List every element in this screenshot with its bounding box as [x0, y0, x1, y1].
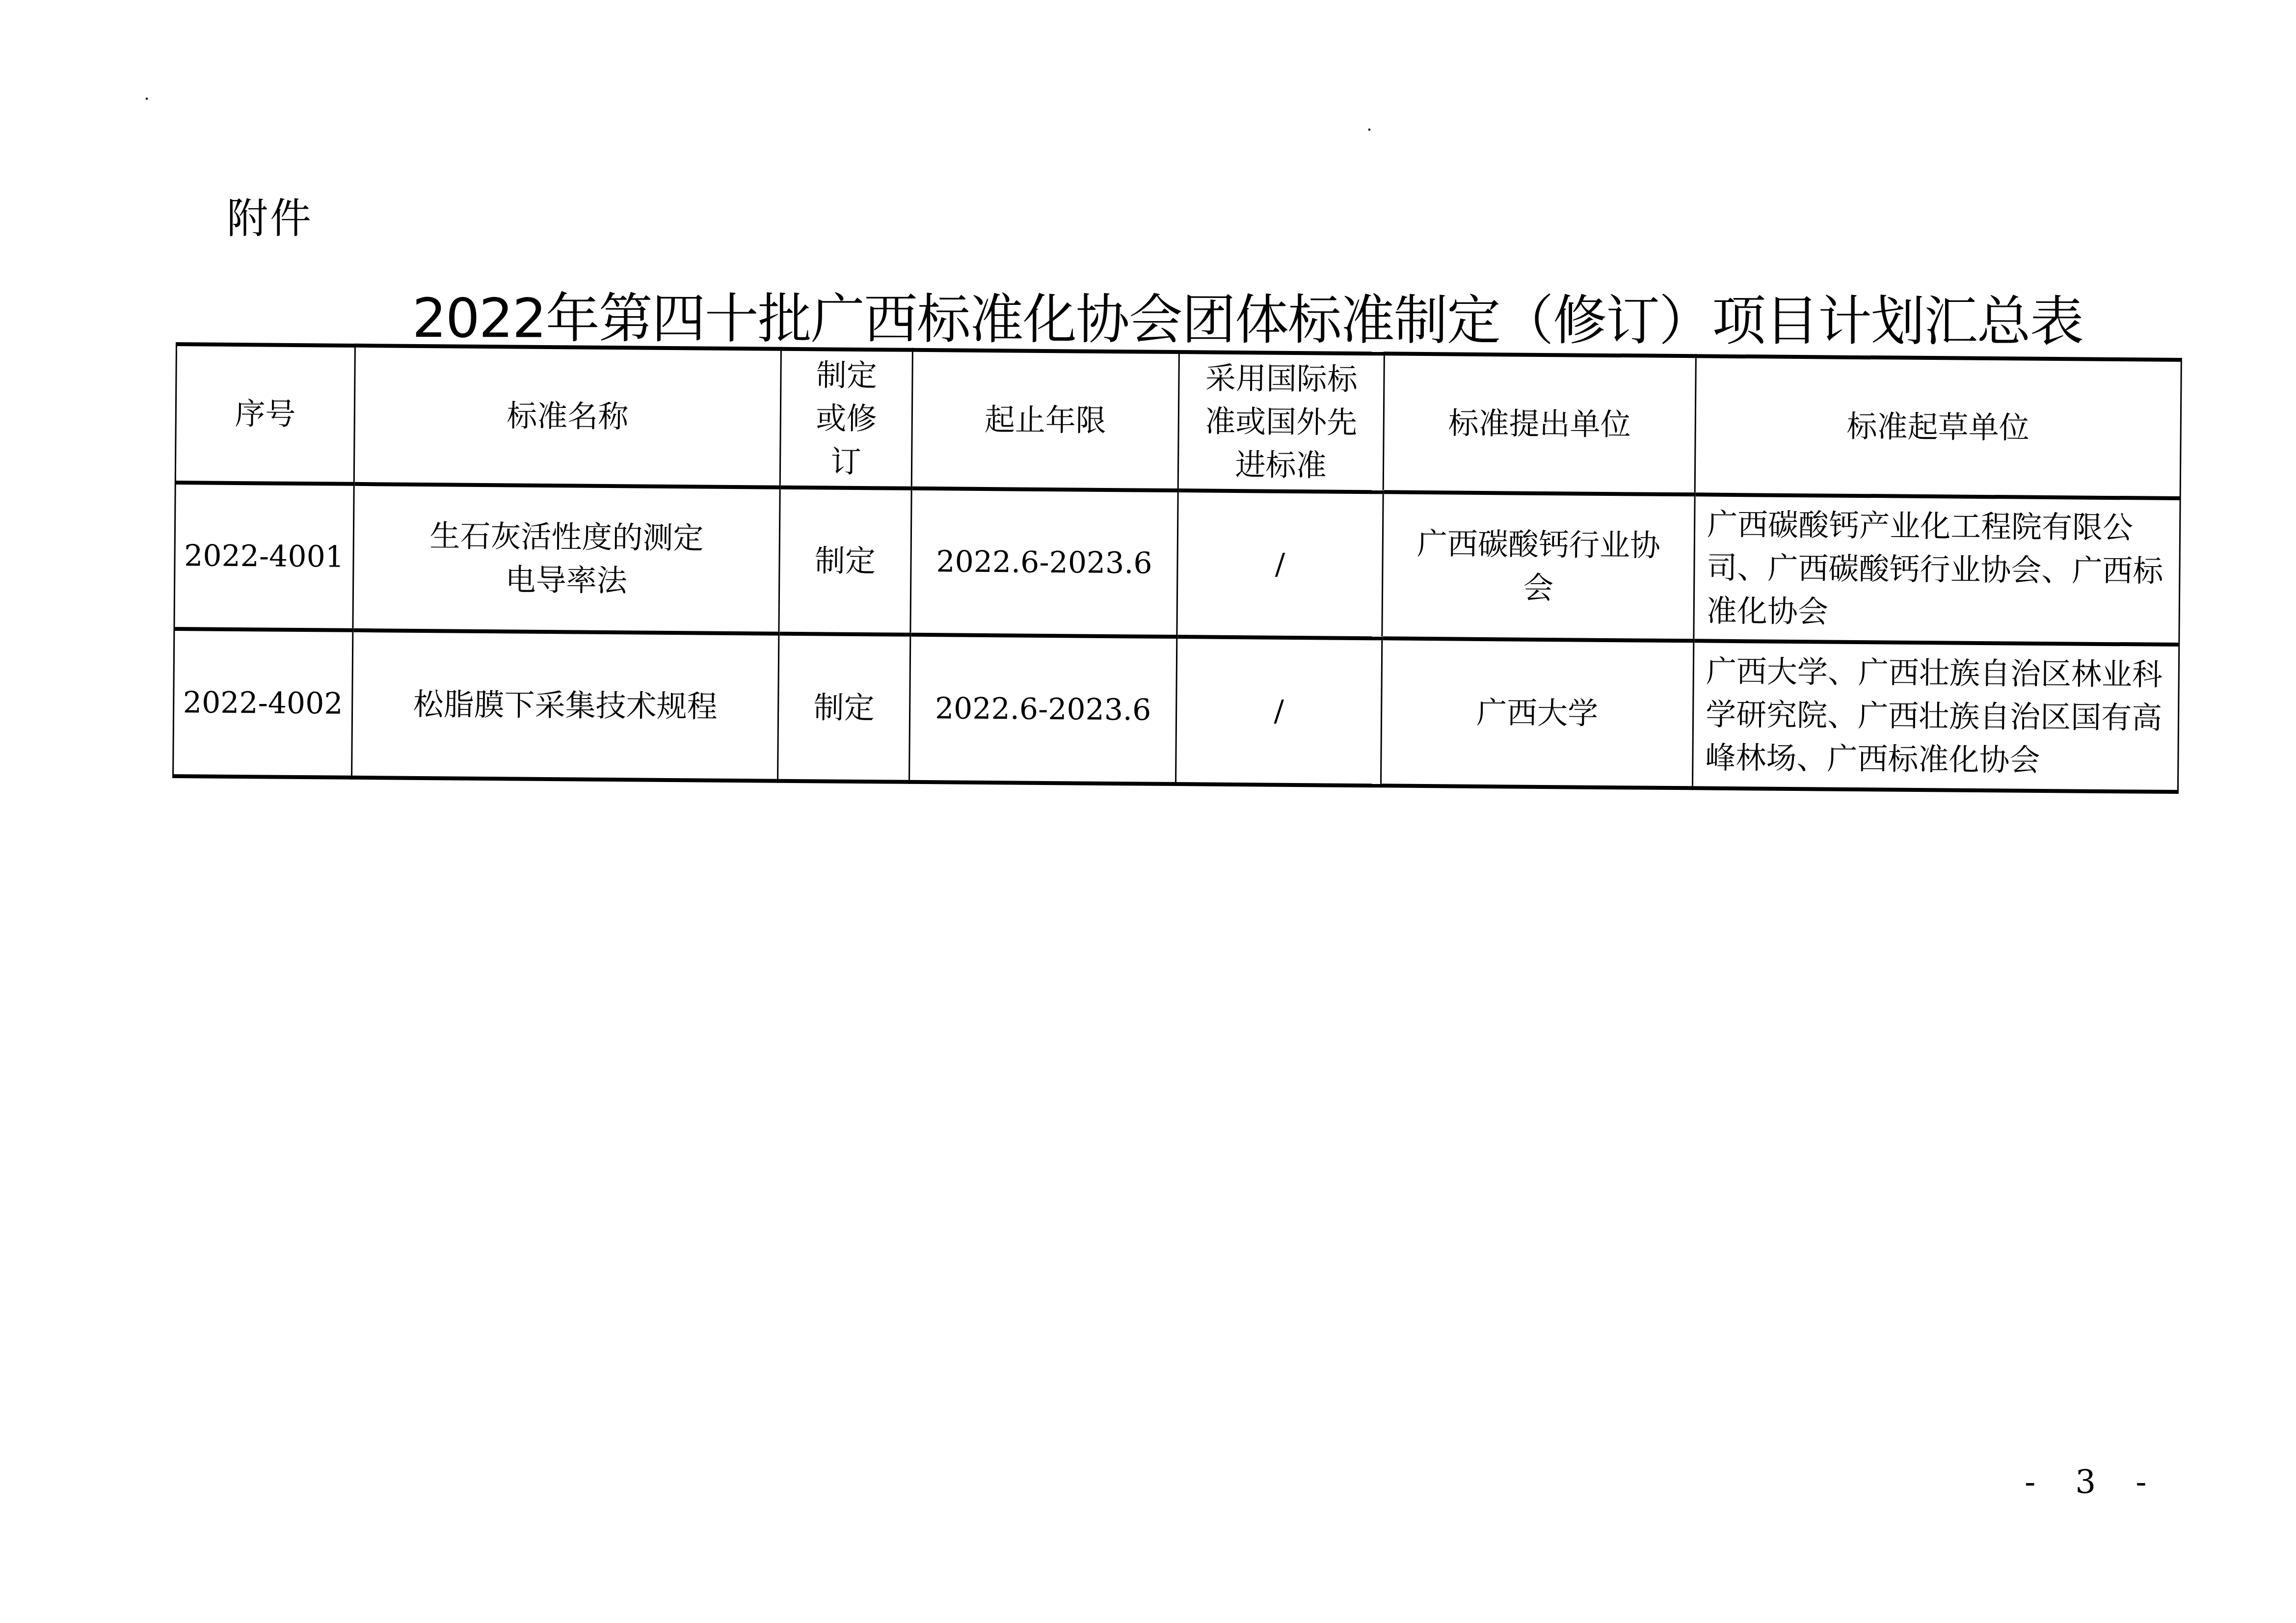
project-plan-table-container: 序号 标准名称 制定或修订 起止年限 采用国际标准或国外先进标准 标准提出单位 … [172, 342, 2182, 794]
scan-speck [1368, 129, 1370, 131]
cell-type: 制定 [779, 487, 911, 635]
cell-standard-name: 生石灰活性度的测定 电导率法 [353, 484, 780, 634]
header-period: 起止年限 [911, 350, 1179, 490]
cell-seq: 2022-4001 [174, 483, 354, 630]
page-number: - 3 - [2025, 1463, 2162, 1501]
header-formulate-or-revise: 制定或修订 [780, 349, 912, 488]
header-standard-name: 标准名称 [354, 346, 781, 487]
cell-period: 2022.6-2023.6 [909, 635, 1177, 784]
header-proposer: 标准提出单位 [1383, 353, 1696, 494]
cell-drafters: 广西大学、广西壮族自治区林业科学研究院、广西壮族自治区国有高峰林场、广西标准化协… [1692, 641, 2179, 792]
cell-drafters: 广西碳酸钙产业化工程院有限公司、广西碳酸钙行业协会、广西标准化协会 [1694, 494, 2180, 645]
document-title: 2022年第四十批广西标准化协会团体标准制定（修订）项目计划汇总表 [412, 275, 1983, 356]
cell-adopted-standard: / [1175, 637, 1382, 785]
standard-name-line-1: 生石灰活性度的测定 [361, 514, 773, 561]
table-row: 2022-4002 松脂膜下采集技术规程 制定 2022.6-2023.6 / … [173, 629, 2179, 792]
cell-period: 2022.6-2023.6 [910, 488, 1178, 637]
cell-seq: 2022-4002 [173, 629, 353, 778]
table-row: 2022-4001 生石灰活性度的测定 电导率法 制定 2022.6-2023.… [174, 483, 2180, 645]
header-drafters: 标准起草单位 [1695, 356, 2181, 498]
cell-adopted-standard: / [1177, 490, 1383, 638]
attachment-label: 附件 [227, 186, 313, 245]
cell-type: 制定 [778, 634, 910, 782]
standard-name-line-2: 电导率法 [361, 557, 772, 604]
table-header-row: 序号 标准名称 制定或修订 起止年限 采用国际标准或国外先进标准 标准提出单位 … [175, 344, 2181, 498]
cell-standard-name: 松脂膜下采集技术规程 [352, 630, 779, 781]
header-seq: 序号 [175, 344, 355, 484]
cell-proposer: 广西碳酸钙行业协会 [1382, 492, 1695, 641]
project-plan-table: 序号 标准名称 制定或修订 起止年限 采用国际标准或国外先进标准 标准提出单位 … [172, 342, 2182, 794]
cell-proposer: 广西大学 [1381, 638, 1693, 788]
scan-speck [146, 98, 148, 100]
header-adopted-standard: 采用国际标准或国外先进标准 [1178, 352, 1384, 492]
